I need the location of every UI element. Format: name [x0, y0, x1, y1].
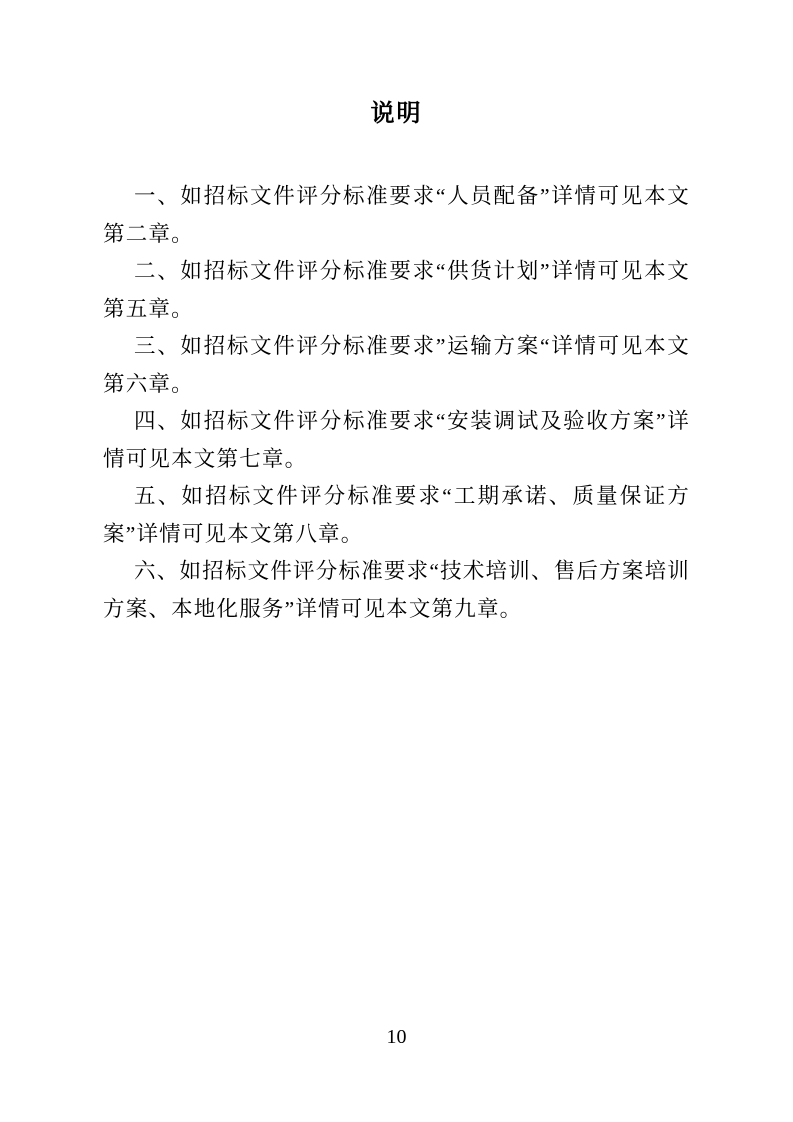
paragraph: 二、如招标文件评分标准要求“供货计划”详情可见本文第五章。 [103, 253, 690, 328]
paragraph: 一、如招标文件评分标准要求“人员配备”详情可见本文第二章。 [103, 178, 690, 253]
paragraph: 四、如招标文件评分标准要求“安装调试及验收方案”详情可见本文第七章。 [103, 403, 690, 478]
paragraph: 三、如招标文件评分标准要求”运输方案“详情可见本文第六章。 [103, 328, 690, 403]
page-number: 10 [0, 1025, 793, 1049]
paragraph: 五、如招标文件评分标准要求“工期承诺、质量保证方案”详情可见本文第八章。 [103, 478, 690, 553]
document-body: 一、如招标文件评分标准要求“人员配备”详情可见本文第二章。 二、如招标文件评分标… [103, 178, 690, 628]
document-page: 说明 一、如招标文件评分标准要求“人员配备”详情可见本文第二章。 二、如招标文件… [0, 0, 793, 1122]
document-title: 说明 [0, 0, 793, 129]
paragraph: 六、如招标文件评分标准要求“技术培训、售后方案培训方案、本地化服务”详情可见本文… [103, 553, 690, 628]
